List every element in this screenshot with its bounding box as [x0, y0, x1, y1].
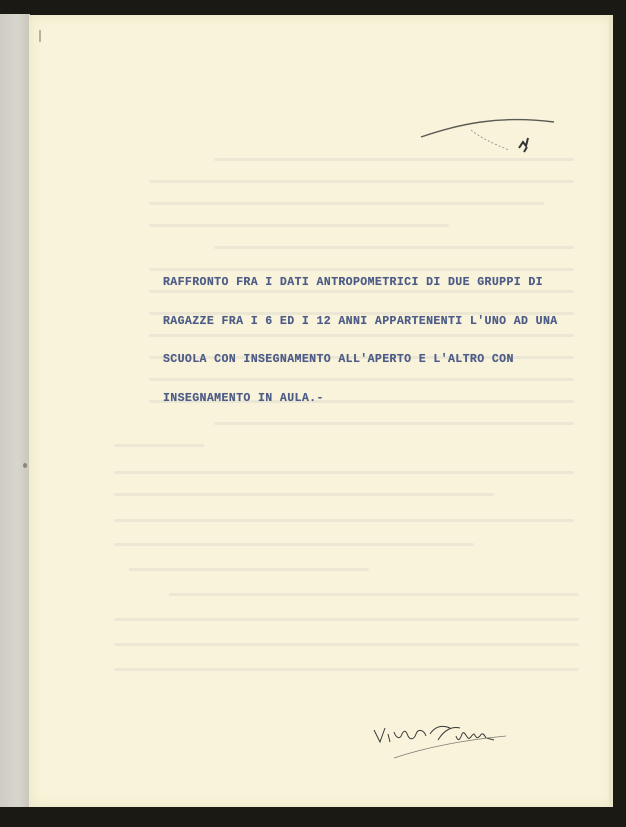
document-title: RAFFRONTO FRA I DATI ANTROPOMETRICI DI D… — [163, 273, 583, 427]
document-page: RAFFRONTO FRA I DATI ANTROPOMETRICI DI D… — [29, 15, 613, 807]
title-line-1: RAFFRONTO FRA I DATI ANTROPOMETRICI DI D… — [163, 273, 583, 293]
binding-board — [0, 14, 30, 807]
title-line-2: RAGAZZE FRA I 6 ED I 12 ANNI APPARTENENT… — [163, 312, 583, 332]
title-line-3: SCUOLA CON INSEGNAMENTO ALL'APERTO E L'A… — [163, 350, 583, 370]
handwritten-signature — [364, 710, 524, 770]
title-line-4: INSEGNAMENTO IN AULA.- — [163, 389, 583, 409]
pencil-scribble-icon — [419, 110, 559, 160]
margin-dot — [23, 463, 27, 468]
